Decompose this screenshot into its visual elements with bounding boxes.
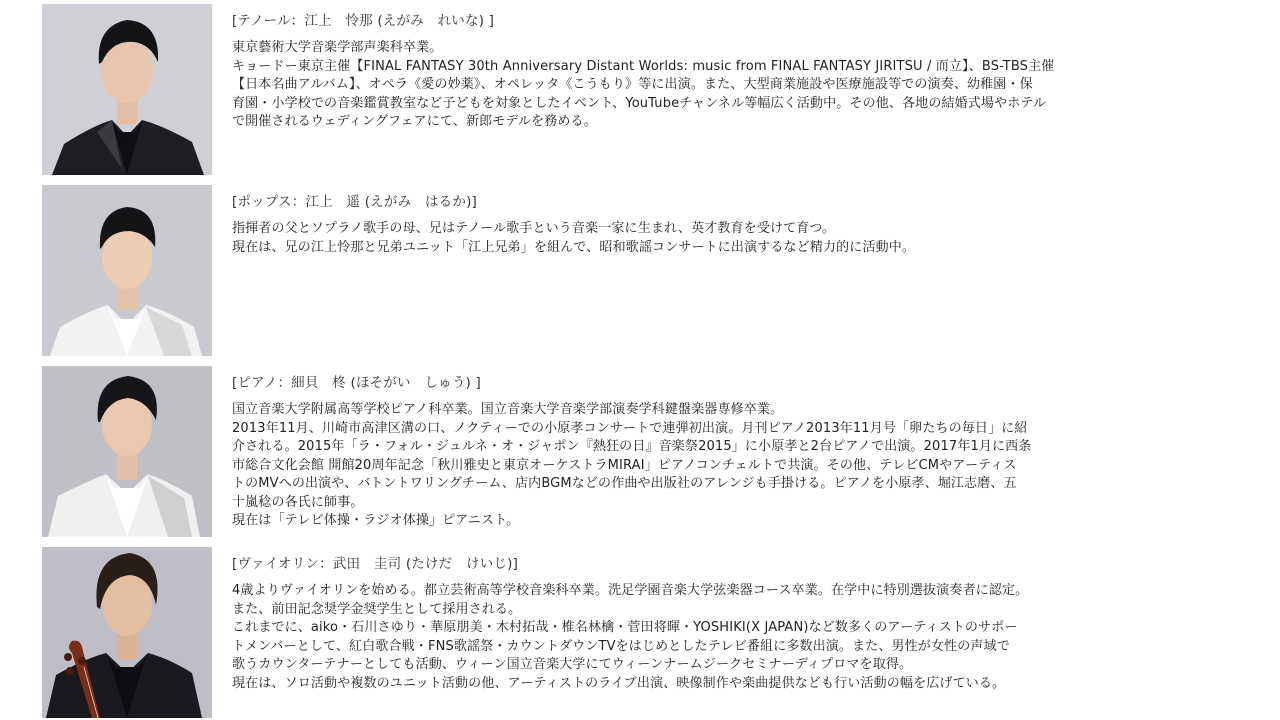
profile-pops: [ポップス：江上 遥 (えがみ はるか)] 指揮者の父とソプラノ歌手の母、兄はテ… bbox=[42, 185, 1242, 356]
bio-line: トメンバーとして、紅白歌合戦・FNS歌謡祭・カウントダウンTVをはじめとしたテレ… bbox=[232, 638, 1232, 657]
bio-line: 【日本名曲アルバム】、オペラ《愛の妙薬》、オペレッタ《こうもり》等に出演。また、… bbox=[232, 76, 1232, 95]
profile-tenor: [テノール：江上 怜那 (えがみ れいな) ] 東京藝術大学音楽学部声楽科卒業。… bbox=[42, 4, 1242, 175]
profile-heading: [ポップス：江上 遥 (えがみ はるか)] bbox=[232, 193, 1232, 211]
person-portrait-icon bbox=[42, 4, 212, 175]
profile-text-pops: [ポップス：江上 遥 (えがみ はるか)] 指揮者の父とソプラノ歌手の母、兄はテ… bbox=[232, 193, 1232, 257]
profile-bio: 指揮者の父とソプラノ歌手の母、兄はテノール歌手という音楽一家に生まれ、英才教育を… bbox=[232, 220, 1232, 257]
bio-line: 東京藝術大学音楽学部声楽科卒業。 bbox=[232, 39, 1232, 58]
profile-heading: [ヴァイオリン：武田 圭司 (たけだ けいじ)] bbox=[232, 555, 1232, 573]
person-portrait-icon bbox=[42, 366, 212, 537]
bio-line: 2013年11月、川崎市高津区溝の口、ノクティーでの小原孝コンサートで連弾初出演… bbox=[232, 420, 1232, 439]
profile-heading: [テノール：江上 怜那 (えがみ れいな) ] bbox=[232, 12, 1232, 30]
profile-bio: 4歳よりヴァイオリンを始める。都立芸術高等学校音楽科卒業。洗足学園音楽大学弦楽器… bbox=[232, 582, 1232, 693]
bio-line: 国立音楽大学附属高等学校ピアノ科卒業。国立音楽大学音楽学部演奏学科鍵盤楽器専修卒… bbox=[232, 401, 1232, 420]
profile-text-piano: [ピアノ：細貝 柊 (ほそがい しゅう) ] 国立音楽大学附属高等学校ピアノ科卒… bbox=[232, 374, 1232, 531]
profile-heading: [ピアノ：細貝 柊 (ほそがい しゅう) ] bbox=[232, 374, 1232, 392]
profile-violin: [ヴァイオリン：武田 圭司 (たけだ けいじ)] 4歳よりヴァイオリンを始める。… bbox=[42, 547, 1242, 718]
profile-bio: 東京藝術大学音楽学部声楽科卒業。 キョードー東京主催【FINAL FANTASY… bbox=[232, 39, 1232, 132]
profile-piano: [ピアノ：細貝 柊 (ほそがい しゅう) ] 国立音楽大学附属高等学校ピアノ科卒… bbox=[42, 366, 1242, 537]
person-portrait-icon bbox=[42, 185, 212, 356]
bio-line: キョードー東京主催【FINAL FANTASY 30th Anniversary… bbox=[232, 58, 1232, 77]
bio-line: 現在は、ソロ活動や複数のユニット活動の他、アーティストのライブ出演、映像制作や楽… bbox=[232, 675, 1232, 694]
portrait-photo-tenor bbox=[42, 4, 212, 175]
bio-line: 市総合文化会館 開館20周年記念「秋川雅史と東京オーケストラMIRAI」ピアノコ… bbox=[232, 457, 1232, 476]
bio-line: これまでに、aiko・石川さゆり・華原朋美・木村拓哉・椎名林檎・菅田将暉・YOS… bbox=[232, 619, 1232, 638]
bio-line: 十嵐稔の各氏に師事。 bbox=[232, 494, 1232, 513]
portrait-photo-pops bbox=[42, 185, 212, 356]
bio-line: 現在は、兄の江上怜那と兄弟ユニット「江上兄弟」を組んで、昭和歌謡コンサートに出演… bbox=[232, 239, 1232, 258]
bio-line: また、前田記念奨学金奨学生として採用される。 bbox=[232, 601, 1232, 620]
bio-line: 現在は「テレビ体操・ラジオ体操」ピアニスト。 bbox=[232, 512, 1232, 531]
bio-line: 歌うカウンターテナーとしても活動、ウィーン国立音楽大学にてウィーンナームジークセ… bbox=[232, 656, 1232, 675]
profile-bio: 国立音楽大学附属高等学校ピアノ科卒業。国立音楽大学音楽学部演奏学科鍵盤楽器専修卒… bbox=[232, 401, 1232, 531]
bio-line: で開催されるウェディングフェアにて、新郎モデルを務める。 bbox=[232, 113, 1232, 132]
portrait-photo-piano bbox=[42, 366, 212, 537]
bio-line: トのMVへの出演や、バトントワリングチーム、店内BGMなどの作曲や出版社のアレン… bbox=[232, 475, 1232, 494]
bio-line: 育園・小学校での音楽鑑賞教室など子どもを対象としたイベント、YouTubeチャン… bbox=[232, 95, 1232, 114]
profile-text-violin: [ヴァイオリン：武田 圭司 (たけだ けいじ)] 4歳よりヴァイオリンを始める。… bbox=[232, 555, 1232, 693]
bio-line: 介される。2015年「ラ・フォル・ジュルネ・オ・ジャポン『熱狂の日』音楽祭201… bbox=[232, 438, 1232, 457]
bio-line: 4歳よりヴァイオリンを始める。都立芸術高等学校音楽科卒業。洗足学園音楽大学弦楽器… bbox=[232, 582, 1232, 601]
portrait-photo-violin bbox=[42, 547, 212, 718]
profile-text-tenor: [テノール：江上 怜那 (えがみ れいな) ] 東京藝術大学音楽学部声楽科卒業。… bbox=[232, 12, 1232, 132]
person-portrait-icon bbox=[42, 547, 212, 718]
bio-line: 指揮者の父とソプラノ歌手の母、兄はテノール歌手という音楽一家に生まれ、英才教育を… bbox=[232, 220, 1232, 239]
